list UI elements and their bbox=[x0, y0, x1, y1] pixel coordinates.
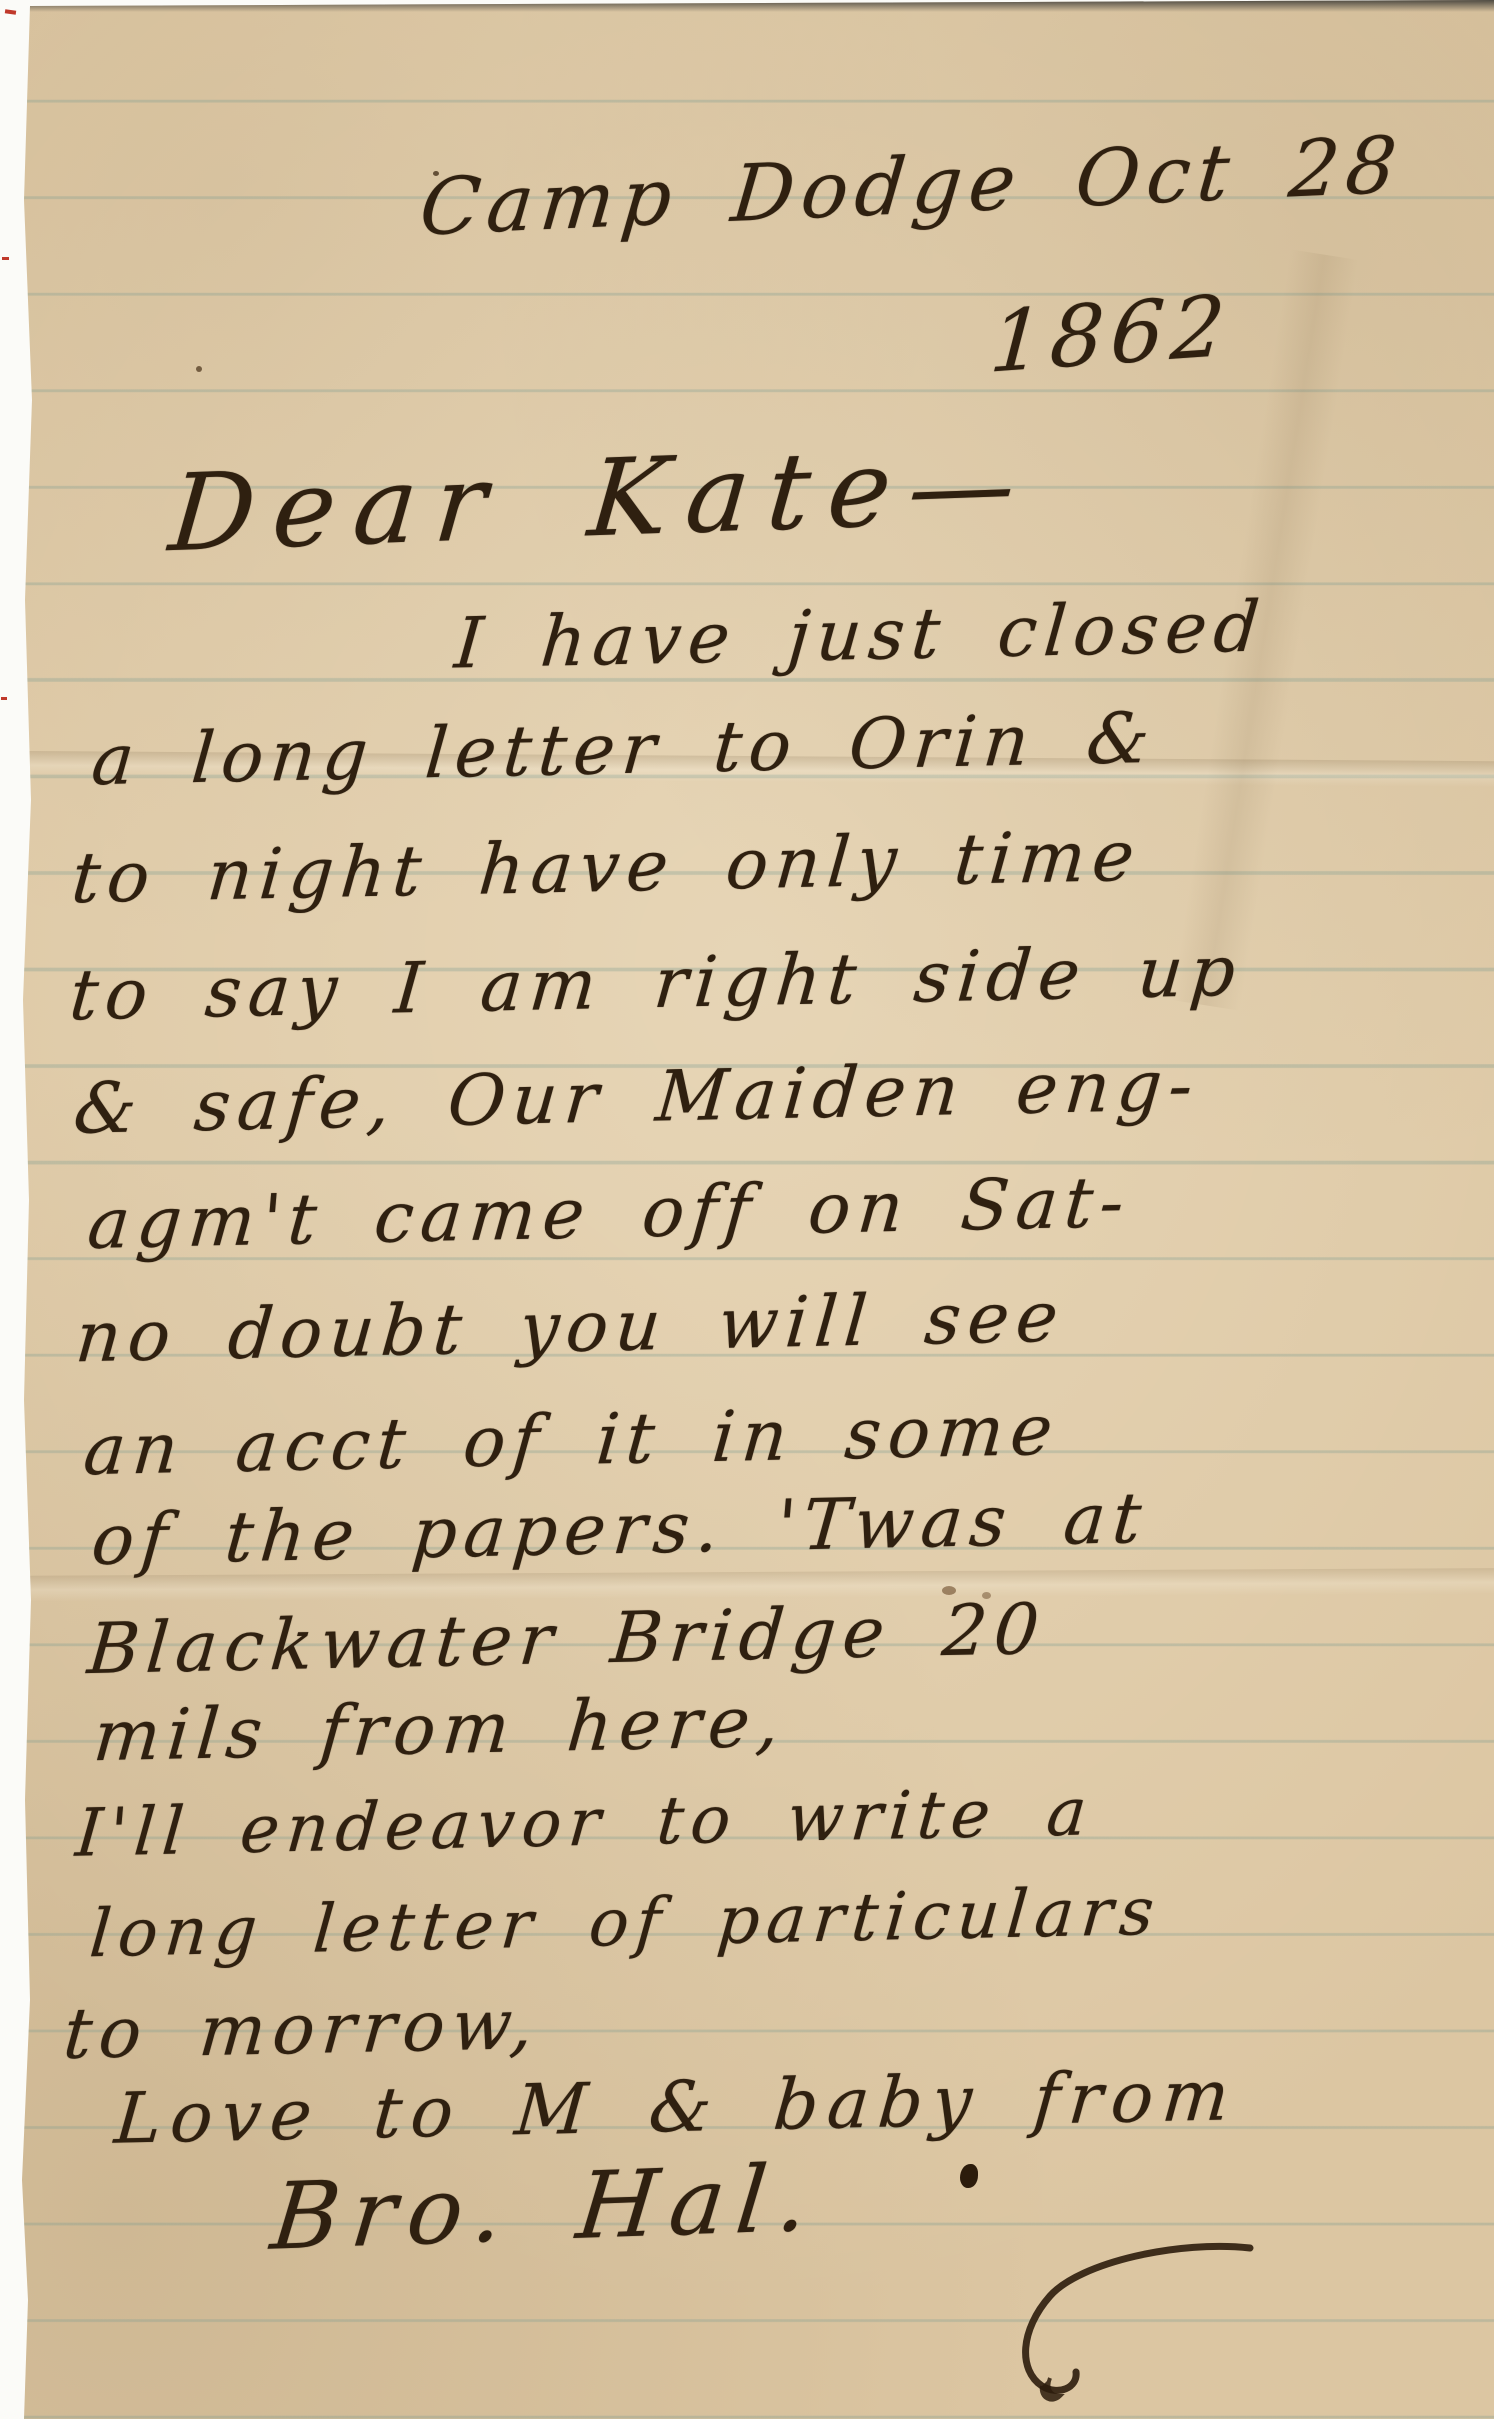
scan-edge-mark bbox=[2, 257, 9, 260]
letter-line: I have just closed bbox=[452, 591, 1269, 678]
letter-line: an acct of it in some bbox=[81, 1395, 1062, 1486]
letter-line: no doubt you will see bbox=[73, 1282, 1068, 1373]
letter-paper: Camp Dodge Oct 28 1862 Dear Kate— I have… bbox=[0, 0, 1494, 2419]
letter-line: mils from here, bbox=[91, 1687, 789, 1772]
letter-year: 1862 bbox=[987, 283, 1234, 384]
letter-line: a long letter to Orin & bbox=[89, 703, 1159, 795]
letter-line: to morrow, bbox=[61, 1989, 543, 2069]
ink-spot bbox=[196, 366, 202, 372]
scan-edge-mark bbox=[1, 697, 7, 700]
letter-line: to night have only time bbox=[69, 821, 1144, 914]
letter-line: agm't came off on Sat- bbox=[85, 1167, 1133, 1259]
scan-edge-mark bbox=[5, 9, 16, 14]
letter-line: Blackwater Bridge 20 bbox=[85, 1594, 1048, 1684]
letter-line: of the papers. 'Twas at bbox=[89, 1483, 1151, 1575]
letter-signature: Bro. Hal. bbox=[267, 2152, 824, 2264]
letter-salutation: Dear Kate— bbox=[166, 431, 1038, 568]
scanned-letter: { "letter": { "dateline": "Camp Dodge Oc… bbox=[0, 0, 1494, 2419]
